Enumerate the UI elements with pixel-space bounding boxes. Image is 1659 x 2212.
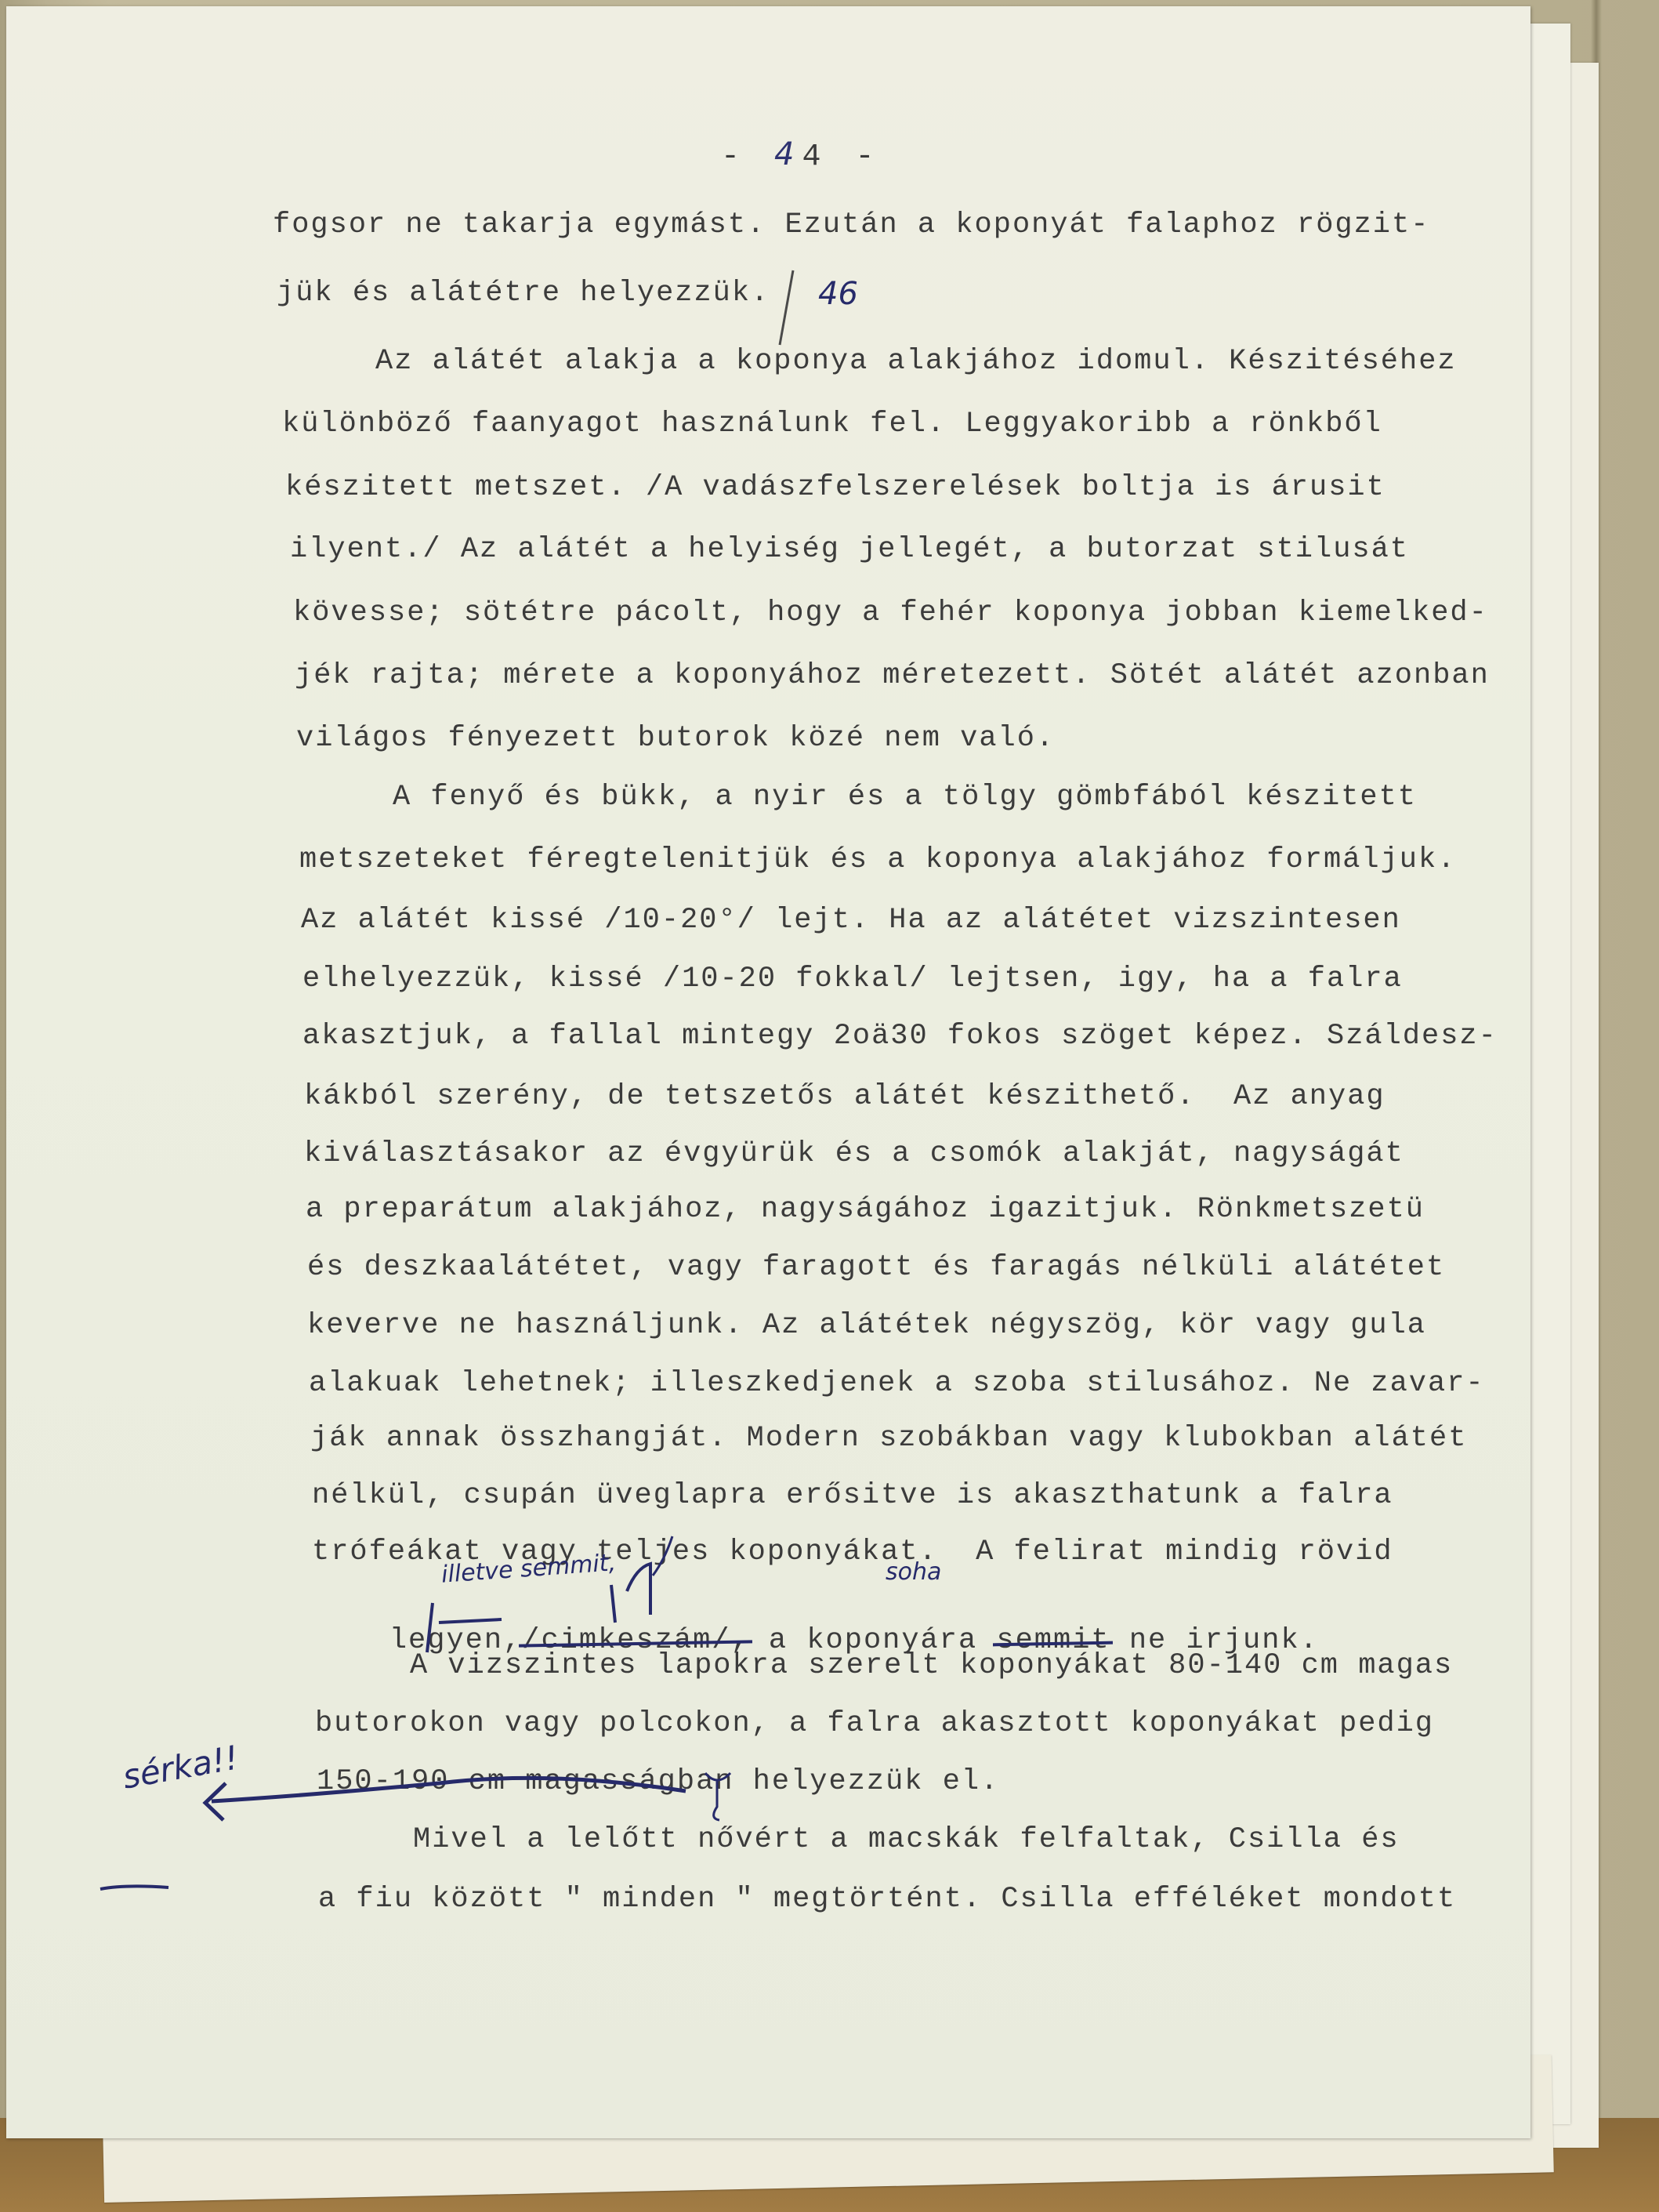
text-line: alakuak lehetnek; illeszkedjenek a szoba… (309, 1367, 1485, 1400)
text-line: jék rajta; mérete a koponyához méretezet… (295, 659, 1490, 692)
text-line: készitett metszet. /A vadászfelszerelése… (285, 471, 1386, 504)
typewritten-page: - 44 - fogsor ne takarja egymást. Ezután… (6, 6, 1530, 2138)
text-line: a preparátum alakjához, nagyságához igaz… (306, 1193, 1425, 1226)
text-line: kövesse; sötétre pácolt, hogy a fehér ko… (293, 597, 1488, 629)
text-line: nélkül, csupán üveglapra erősitve is aka… (312, 1479, 1393, 1512)
text-line: kiválasztásakor az évgyürük és a csomók … (304, 1137, 1404, 1170)
text-line: fogsor ne takarja egymást. Ezután a kopo… (273, 209, 1429, 241)
text-line: Az alátét kissé /10-20°/ lejt. Ha az alá… (301, 904, 1401, 937)
text-line: metszeteket féregtelenitjük és a koponya… (299, 843, 1456, 876)
text-line: butorokon vagy polcokon, a falra akaszto… (315, 1707, 1434, 1740)
page-number-dash: - (721, 140, 774, 175)
text-line: akasztjuk, a fallal mintegy 2oä30 fokos … (302, 1020, 1498, 1053)
text-line: Az alátét alakja a koponya alakjához ido… (281, 345, 1457, 378)
text-line: keverve ne használjunk. Az alátétek négy… (307, 1309, 1426, 1342)
page-number-dash: - (828, 140, 882, 175)
text-line: A fenyő és bükk, a nyir és a tölgy gömbf… (298, 781, 1417, 814)
margin-note: sérka!! (120, 1738, 241, 1796)
text-line: Mivel a lelőtt nővért a macskák felfalta… (318, 1823, 1400, 1856)
text-line: ilyent./ Az alátét a helyiség jellegét, … (290, 533, 1409, 566)
text-line: és deszkaalátétet, vagy faragott és fara… (307, 1251, 1445, 1284)
text-line: világos fényezett butorok közé nem való. (296, 722, 1055, 755)
text-line: különböző faanyagot használunk fel. Legg… (282, 408, 1382, 441)
footnote-reference: 46 (818, 276, 858, 312)
text-line: jük és alátétre helyezzük. (277, 277, 770, 310)
page-number: - 44 - (721, 136, 882, 175)
text-line: a fiu között " minden " megtörtént. Csil… (318, 1883, 1456, 1916)
page-number-typed-digit: 4 (802, 140, 828, 175)
text-line: A vizszintes lapokra szerelt koponyákat … (315, 1649, 1453, 1682)
text-line: kákból szerény, de tetszetős alátét kész… (304, 1080, 1386, 1113)
text-line: 150-190 cm magasságban helyezzük el. (317, 1765, 999, 1798)
handwritten-replacement: soha (886, 1558, 941, 1586)
text-line: elhelyezzük, kissé /10-20 fokkal/ lejtse… (302, 963, 1403, 995)
text-line: ják annak összhangját. Modern szobákban … (310, 1422, 1467, 1455)
page-number-handwritten-digit: 4 (774, 136, 802, 172)
